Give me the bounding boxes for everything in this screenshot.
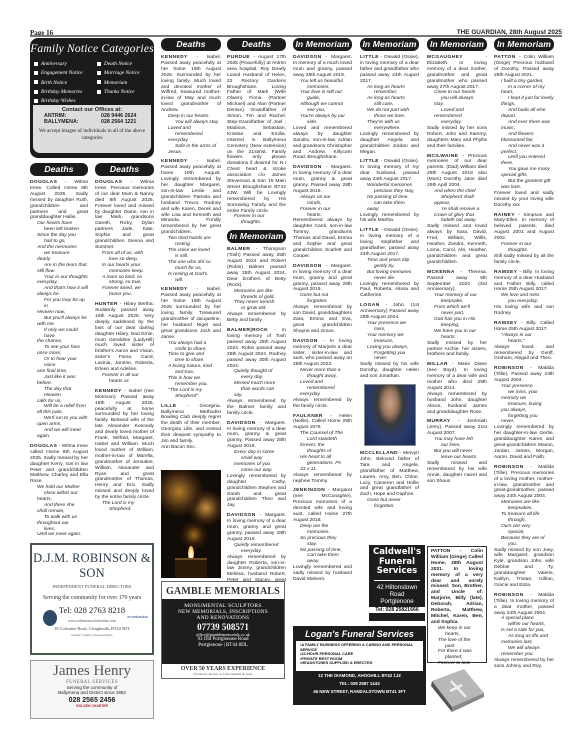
- notice-signoff: Always remembered by Betty and family.: [227, 312, 286, 324]
- notice-body: JENKINSON - Margaret (nee McConaghie). P…: [293, 488, 352, 523]
- notice-signoff: Sadly missed by son Joey, wife Margaret,…: [494, 548, 554, 589]
- contact-heading: Contact our Offices at:: [33, 105, 151, 113]
- notice: ROBINSON - Matilda (Tillie). In loving m…: [494, 593, 554, 670]
- deceased-name: LITTLE: [360, 55, 379, 60]
- notice-body: DAVIDSON - Margaret. In loving memory of…: [227, 421, 286, 451]
- deceased-name: RAMSEY: [494, 321, 517, 326]
- office-ballymena: BALLYMENA:028 2564 1221: [33, 119, 151, 125]
- notice-body: ROBINSON - Matilda (Tillie). In loving m…: [494, 593, 554, 617]
- ad-caldwells-funeral-services: Caldwell's Funeral Services 42 Hiltonsto…: [369, 545, 425, 621]
- candle-image: [161, 470, 221, 578]
- notice-body: DAVIDSON - Margaret. In memory of a much…: [293, 55, 352, 79]
- notice-body: PATTON - Colin William (Ginge) Precious …: [494, 55, 554, 79]
- notice-text: - Wilma Irene. Precious memories of our …: [95, 180, 154, 250]
- notice: DAVISON - In loving memory of Marjorie a…: [293, 339, 352, 410]
- notice-body: BALMER|ROCK - In loving memory of Tosh p…: [227, 328, 286, 369]
- notice-text: - In loving memory of Tosh passed away 2…: [227, 328, 286, 368]
- notice: LITTLE - Oswald (Ossie). In loving memor…: [360, 159, 419, 224]
- verse-line: forgotten.: [360, 504, 419, 510]
- golden-charter-badge: GOLDEN CHARTER: [31, 704, 153, 708]
- verse-line: If only we could have: [30, 328, 88, 340]
- notice-body: DOUGLAS - Wilma Irene. Precious memories…: [95, 180, 154, 251]
- deceased-name: DOUGLAS: [30, 444, 57, 449]
- notice-body: MCCLELLAND - Mervyn John. Beloved father…: [360, 451, 419, 498]
- notice-signoff: Lovingly remembered by his wife Martha.: [360, 213, 419, 225]
- header-rule: [30, 35, 562, 37]
- category-item: Death Notice: [97, 60, 139, 69]
- notice: LILLE - Georgina. Ballymena Methodist Bo…: [161, 404, 221, 451]
- categories-title: Family Notice Categories: [30, 38, 154, 55]
- notice: MCKENNA - Theresa. Passed away 5th Septe…: [427, 270, 487, 359]
- deceased-name: RAMSEY: [494, 270, 517, 275]
- category-item: Engagement Notice: [34, 69, 83, 78]
- notice: BALMER|ROCK - In loving memory of Tosh p…: [227, 328, 286, 417]
- deceased-name: ROBINSON: [494, 593, 524, 598]
- notice: PURDUE - August 17th 2025 (Peacefully) a…: [227, 55, 286, 226]
- notice-signoff: Lovingly remembered by Paul, Roberta, Al…: [360, 282, 419, 300]
- deceased-name: BALMER: [227, 247, 250, 252]
- deceased-name: LITTLE: [360, 159, 379, 164]
- notice: LITTLE - Oswald (Ossie). In loving memor…: [360, 228, 419, 299]
- deceased-name: ROBINSON: [494, 366, 524, 371]
- bullet-square-icon: [34, 99, 38, 103]
- notice-body: KENNEDY - Isabel (nee Morrison) Passed a…: [95, 389, 154, 501]
- verse-line: Or to hear your voice: [30, 357, 88, 369]
- notice-signoff: Always remembered by the family circle.: [293, 398, 352, 410]
- notice-body: LILLE - Georgina. Ballymena Methodist Bo…: [161, 404, 221, 445]
- deceased-name: PURDUE: [227, 55, 250, 60]
- deceased-name: ROBINSON: [494, 465, 524, 470]
- notice: MURRAY - Jeremiah (Jerry). Passed away 2…: [427, 419, 487, 484]
- notice-body: RAMSEY - Billy. Called Home 25th August …: [494, 321, 554, 333]
- notice-body: LITTLE - Oswald (Ossie). In loving memor…: [360, 159, 419, 183]
- notice-body: DAVIDSON - Margaret. In loving memory of…: [227, 513, 286, 543]
- notice: LITTLE - Oswald (Ossie), in loving memor…: [360, 55, 419, 155]
- notice-body: DAVIDSON - Margaret. In loving memory of…: [293, 165, 352, 195]
- notice: DAVIDSON - Margaret. In loving memory of…: [293, 264, 352, 335]
- section-header-memoriam: In Memoriam: [427, 38, 487, 51]
- notice: KENNEDY - Isabel (nee Morrison) Passed a…: [95, 389, 154, 513]
- notice-text: - Matilda (Tillie). Precious memories of…: [494, 465, 554, 500]
- notice-body: LITTLE - Oswald (Ossie), in loving memor…: [360, 55, 419, 85]
- column-deaths-3: Deaths KENNEDY - Isabel. Passed away pea…: [161, 38, 221, 455]
- notice-text: - Thompson (Tosh) Passed away 25th Augus…: [227, 247, 286, 287]
- notice-signoff: Remembered always by daughter Carol, son…: [293, 218, 352, 259]
- notice-body: MCILWAINE - Precious memories of our dea…: [427, 154, 487, 189]
- notice: KENNEDY - Isabel. Passed away peacefully…: [161, 287, 221, 399]
- notice: RAINEY - Simpson and Mary-Ellen. In memo…: [494, 213, 554, 266]
- deceased-name: KENNEDY: [95, 389, 122, 394]
- contact-offices: Contact our Offices at: ANTRIM:028 9446 …: [33, 105, 151, 153]
- notice-body: MURRAY - Jeremiah (Jerry). Passed away 2…: [427, 419, 487, 437]
- deceased-name: JENKINSON: [293, 488, 325, 493]
- deceased-name: FAULKNER: [293, 414, 323, 419]
- notice-text: - August 17th 2025 (Peacefully) at Antri…: [227, 55, 286, 214]
- notice-text: - Isabel. Passed away peacefully at her …: [161, 287, 221, 339]
- notice-body: DAVIDSON - Margaret. In loving memory of…: [293, 264, 352, 294]
- notice: RAMSEY - Billy. Called Home 25th August …: [494, 321, 554, 362]
- notice-body: KENNEDY - Isabel. Passed away peacefully…: [161, 159, 221, 236]
- verse-line: Jesus.: [161, 150, 221, 156]
- notice-body: MILLAR - Marie Diane (nee Boyd). In lovi…: [427, 362, 487, 392]
- notice-body: MCKENNA - Theresa. Passed away 5th Septe…: [427, 270, 487, 294]
- ecclesiastical-badge: ecclesiastical: [127, 615, 148, 619]
- notice: DAVIDSON - Margaret. In memory of a much…: [293, 55, 352, 161]
- notice-boxed-patton: PATTON - Colin William (Ginge) Called Ho…: [427, 546, 487, 663]
- notice-signoff: Always remembered by the Balmer family a…: [227, 399, 286, 417]
- notice-body: DOUGLAS - Wilma Irene. Called Home 8th A…: [30, 180, 88, 221]
- verse-line: The day that Heaven: [30, 387, 88, 399]
- category-item: Birthday Memories: [34, 88, 83, 97]
- deceased-name: LOGAN: [360, 303, 380, 308]
- bullet-square-icon: [97, 71, 101, 75]
- column-memoriam-7: In Memoriam MCGAUGHEY - Elizabeth. In lo…: [427, 38, 487, 488]
- notice-signoff: Always remembered by her sons Johnny and…: [494, 658, 554, 670]
- section-header-deaths: Deaths: [161, 38, 221, 51]
- deceased-name: LILLE: [161, 404, 177, 409]
- section-header-memoriam: In Memoriam: [360, 38, 419, 51]
- section-header-deaths: Deaths: [95, 163, 154, 176]
- notice-body: DOUGLAS - Wilma Irene called Home 8th Au…: [30, 444, 88, 485]
- verse-line: will.: [161, 278, 221, 284]
- bullet-square-icon: [34, 62, 38, 66]
- deceased-name: KENNEDY: [161, 159, 188, 164]
- notice: DOUGLAS - Wilma Irene. Called Home 8th A…: [30, 180, 88, 440]
- verse-line: For you may be up in: [30, 298, 88, 310]
- notice-signoff: Lovingly remembered by her daughter-in-l…: [494, 425, 554, 460]
- notice-text: - Isabel (nee Morrison) Passed away 19th…: [95, 389, 154, 500]
- notice-text: - Isabel. Passed away peacefully at her …: [161, 55, 221, 113]
- notice: ROBINSON - Matilda (Tillie). Precious me…: [494, 465, 554, 589]
- category-item: Memoriam: [97, 79, 139, 88]
- section-header-deaths: Deaths: [227, 38, 286, 51]
- notice: HUNTER - Hilary Bertha. Suddenly passed …: [95, 302, 154, 385]
- notice: DOUGLAS - Wilma Irene called Home 8th Au…: [30, 444, 88, 539]
- notice-signoff: Always remembered by husband John, daugh…: [427, 392, 487, 416]
- notice-body: BALMER - Thompson (Tosh) Passed away 25t…: [227, 247, 286, 288]
- deceased-name: MURRAY: [427, 419, 450, 424]
- deceased-name: DOUGLAS: [30, 180, 57, 185]
- notice-body: LOGAN - John. (1st Anniversary) Passed a…: [360, 303, 419, 321]
- notice-signoff: Forever loved and sadly missed by your l…: [494, 191, 554, 209]
- bullet-square-icon: [97, 62, 101, 66]
- deceased-name: MCGAUGHEY: [427, 55, 463, 60]
- column-memoriam-6: In Memoriam LITTLE - Oswald (Ossie), in …: [360, 38, 419, 514]
- deceased-name: DAVIDSON: [227, 513, 256, 518]
- notice-body: MCGAUGHEY - Elizabeth. In loving memory …: [427, 55, 487, 90]
- verse-line: thoughts.: [227, 220, 286, 226]
- notice: PATTON - Colin William (Ginge) Precious …: [494, 55, 554, 209]
- notice-signoff: Always remembered by nephew Tommy.: [293, 473, 352, 485]
- notice-signoff: Lovingly remembered by daughter Cathy, g…: [227, 474, 286, 509]
- notice-signoff: His loving wife and son Rodney: [494, 305, 554, 317]
- notice-text: - Hilary Bertha. Suddenly passed away 10…: [95, 302, 154, 372]
- notice-signoff: Sadly missed by his wife Dorothy, daught…: [360, 362, 419, 380]
- deceased-name: DAVISON: [293, 339, 318, 344]
- column-deaths-2: Deaths DOUGLAS - Wilma Irene. Precious m…: [95, 163, 154, 517]
- verse-line: Forgetting you never.: [360, 351, 419, 363]
- category-item: Birth Notice: [34, 79, 83, 88]
- notice: DAVIDSON - Margaret. In loving memory of…: [293, 165, 352, 260]
- images-note: We accept images of individuals in all o…: [33, 128, 151, 141]
- deceased-name: DAVIDSON: [293, 55, 322, 60]
- deceased-name: MCCLELLAND: [360, 451, 398, 456]
- deceased-name: LITTLE: [360, 228, 379, 233]
- notice-signoff: Ann Bacon Sec.: [161, 445, 221, 451]
- notice-body: DAVISON - In loving memory of Marjorie a…: [293, 339, 352, 369]
- notice: KENNEDY - Isabel. Passed away peacefully…: [161, 159, 221, 283]
- bullet-square-icon: [34, 80, 38, 84]
- deceased-name: DOUGLAS: [95, 180, 122, 185]
- deceased-name: MCKENNA: [427, 270, 455, 275]
- category-item: Thanks Notice: [97, 88, 139, 97]
- crest-icon: [43, 610, 57, 626]
- verse-line: honor you.: [95, 292, 154, 298]
- column-memoriam-8: In Memoriam PATTON - Colin William (Ging…: [494, 38, 554, 674]
- category-item: Marriage Notice: [97, 69, 139, 78]
- bullet-square-icon: [34, 90, 38, 94]
- notice-signoff: Lovingly remembered and sadly missed by …: [293, 565, 352, 583]
- notice-signoff: Always loved and remembered by Geoff, Gr…: [494, 345, 554, 363]
- bullet-square-icon: [97, 80, 101, 84]
- notice-signoff: Loved and remembered always by daughter …: [293, 126, 352, 161]
- notice-text: - Wilma Irene called Home 8th August 202…: [30, 444, 88, 484]
- notice-body: RAINEY - Simpson and Mary-Ellen. In memo…: [494, 213, 554, 243]
- notice-body: RAMSEY - Billy. In loving memory of a de…: [494, 270, 554, 294]
- verse-line: But loving memories: [360, 270, 419, 276]
- notice-body: ROBINSON - Matilda (Tillie). Passed away…: [494, 366, 554, 384]
- deceased-name: BALMER|ROCK: [227, 328, 268, 333]
- deceased-name: DAVIDSON: [227, 421, 256, 426]
- deceased-name: DAVIDSON: [293, 165, 322, 170]
- notice-body: HUNTER - Hilary Bertha. Suddenly passed …: [95, 302, 154, 373]
- verse-line: Shepherd".: [161, 394, 221, 400]
- deceased-name: KENNEDY: [161, 287, 188, 292]
- notice: RAMSEY - Billy. In loving memory of a de…: [494, 270, 554, 317]
- verse-line: again.: [30, 434, 88, 440]
- bullet-square-icon: [97, 90, 101, 94]
- notice-body: KENNEDY - Isabel. Passed away peacefully…: [161, 55, 221, 114]
- deceased-name: RAINEY: [494, 213, 515, 218]
- deceased-name: MILLAR: [427, 362, 448, 367]
- section-header-memoriam: In Memoriam: [227, 230, 286, 243]
- notice: MCILWAINE - Precious memories of our dea…: [427, 154, 487, 266]
- ad-gamble-memorials: GAMBLE MEMORIALS MONUMENTAL SCULPTORS NE…: [161, 581, 285, 679]
- column-deaths-4: Deaths PURDUE - August 17th 2025 (Peacef…: [227, 38, 286, 594]
- verse-line: Shepherd.: [95, 507, 154, 513]
- notice-body: PURDUE - August 17th 2025 (Peacefully) a…: [227, 55, 286, 214]
- notice-body: LITTLE - Oswald (Ossie). In loving memor…: [360, 228, 419, 258]
- notice-signoff: Always remembered by son David, granddau…: [293, 305, 352, 335]
- notice-text: - Margaret (nee McConaghie). Precious me…: [293, 488, 352, 523]
- notice: LOGAN - John. (1st Anniversary) Passed a…: [360, 303, 419, 380]
- notice-text: - Isabel. Passed away peacefully at home…: [161, 159, 221, 235]
- notice: BALMER - Thompson (Tosh) Passed away 25t…: [227, 247, 286, 324]
- column-deaths-1: Deaths DOUGLAS - Wilma Irene. Called Hom…: [30, 163, 88, 542]
- column-memoriam-5: In Memoriam DAVIDSON - Margaret. In memo…: [293, 38, 352, 587]
- notice-body: ROBINSON - Matilda (Tillie). Precious me…: [494, 465, 554, 500]
- ad-robinson-funeral-directors: D.J.M. ROBINSON & SON INDEPENDENT FUNERA…: [30, 543, 154, 655]
- verse-line: hearts xx: [95, 379, 154, 385]
- notice-signoff: Sadly missed and loved always by Sara, D…: [427, 224, 487, 265]
- notice-text: - Mervyn John. Beloved father of Tara an…: [360, 451, 419, 497]
- notice: ROBINSON - Matilda (Tillie). Passed away…: [494, 366, 554, 461]
- notice-signoff: Sadly missed and remembered by his wife …: [427, 461, 487, 485]
- ad-logans-funeral-services: Logan's Funeral Services •A FAMILY BUSIN…: [293, 626, 426, 705]
- deceased-name: KENNEDY: [161, 55, 188, 60]
- notice: MILLAR - Marie Diane (nee Boyd). In lovi…: [427, 362, 487, 415]
- notice-signoff: Still sadly missed by all the family cir…: [494, 254, 554, 266]
- service-bullet: •HEADSTONES SUPPLIED & ERECTED: [300, 661, 419, 666]
- section-header-memoriam: In Memoriam: [293, 38, 352, 51]
- section-header-deaths: Deaths: [30, 163, 88, 176]
- deceased-name: PATTON: [494, 55, 516, 60]
- notice-text: - Georgina. Ballymena Methodist Bowling …: [161, 404, 221, 444]
- deceased-name: DAVIDSON: [293, 264, 322, 269]
- notice: DOUGLAS - Wilma Irene. Precious memories…: [95, 180, 154, 298]
- notice: KENNEDY - Isabel. Passed away peacefully…: [161, 55, 221, 155]
- deceased-name: MCILWAINE: [427, 154, 458, 159]
- verse-line: Quietly remembered: [227, 543, 286, 549]
- verse-line: Until we meet again.: [30, 532, 88, 538]
- memorial-photo: [364, 384, 416, 446]
- verse-line: You're always by our: [293, 114, 352, 120]
- notice: MCGAUGHEY - Elizabeth. In loving memory …: [427, 55, 487, 150]
- notice-text: - Wilma Irene. Called Home 8th August 20…: [30, 180, 88, 220]
- notice-text: - Precious memories of our dear parents.…: [427, 154, 487, 189]
- notice-body: FAULKNER - Helen (Nellie). Called Home 2…: [293, 414, 352, 432]
- bible-icon: [428, 667, 488, 713]
- notice-signoff: Sadly missed by her sons Robert, John an…: [427, 126, 487, 150]
- notice: JENKINSON - Margaret (nee McConaghie). P…: [293, 488, 352, 583]
- notice-signoff: Lovingly remembered by daughter Angela a…: [360, 132, 419, 156]
- notice-signoff: Sadly missed by her partner Archie, her …: [427, 341, 487, 359]
- notice-text: - Elizabeth. In loving memory of a dear …: [427, 55, 487, 90]
- notice: DAVIDSON - Margaret. In loving memory of…: [227, 421, 286, 510]
- notice: MCCLELLAND - Mervyn John. Beloved father…: [360, 451, 419, 510]
- ad-james-henry-funeral-services: James Henry FUNERAL SERVICES Serving the…: [30, 660, 154, 719]
- notice-body: KENNEDY - Isabel. Passed away peacefully…: [161, 287, 221, 340]
- bullet-square-icon: [34, 71, 38, 75]
- section-header-memoriam: In Memoriam: [494, 38, 554, 51]
- category-item: Anniversary: [34, 60, 83, 69]
- notice: DAVIDSON - Margaret. In loving memory of…: [227, 513, 286, 590]
- notice: FAULKNER - Helen (Nellie). Called Home 2…: [293, 414, 352, 485]
- verse-line: Can take them away.: [293, 553, 352, 565]
- deceased-name: HUNTER: [95, 302, 118, 307]
